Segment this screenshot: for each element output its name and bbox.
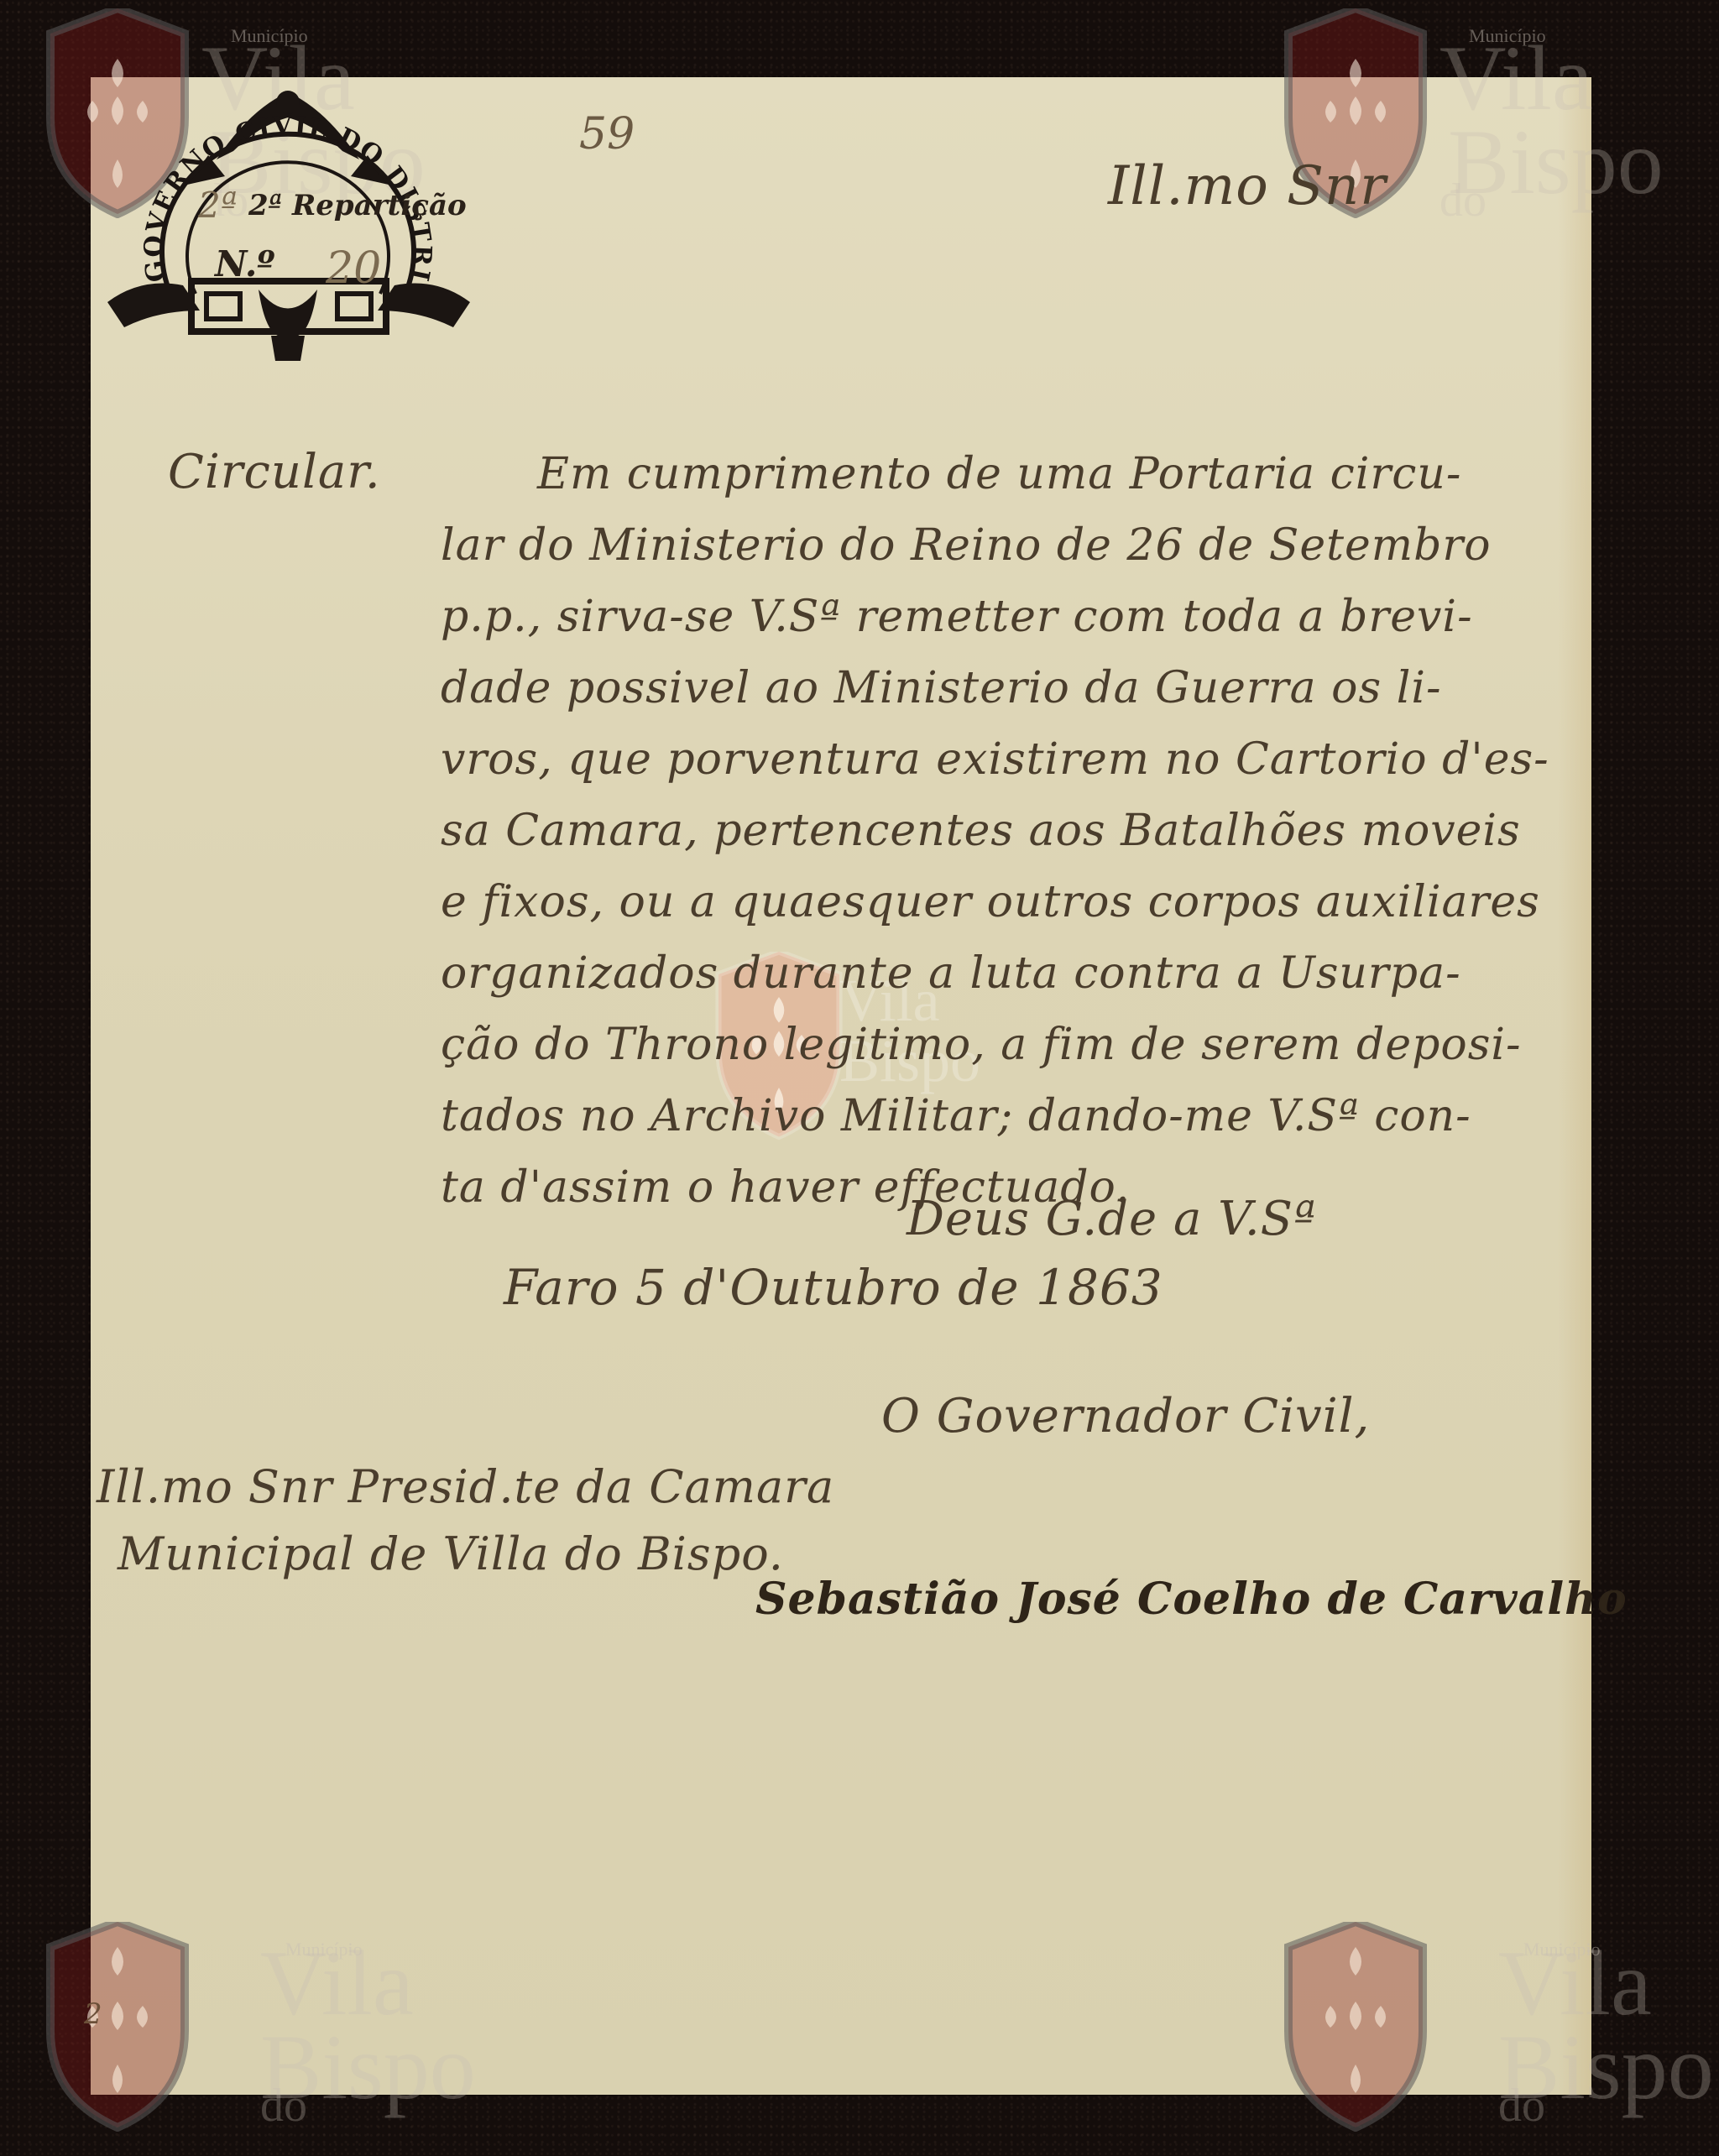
seal-section-number: 2ª [198,185,238,226]
corner-mark: 2 [84,1997,103,2031]
body-line: sa Camara, pertencentes aos Batalhões mo… [441,806,1521,856]
shield-icon [34,1922,201,2132]
body-line: Em cumprimento de uma Portaria circu- [537,449,1461,499]
body-line: ção do Throno legitimo, a fim de serem d… [441,1020,1522,1070]
signatory-title: O Governador Civil, [881,1389,1370,1443]
seal-ornament-icon: GOVERNO CIVIL DO DISTRICTO DE FARO [107,84,470,369]
addressee-line-2: Municipal de Villa do Bispo. [118,1527,784,1580]
margin-label-circular: Circular. [168,445,381,499]
folio-number: 59 [579,109,635,159]
body-line: dade possivel ao Ministerio da Guerra os… [441,663,1442,713]
seal-section-label: 2ª Repartição [248,189,467,222]
addressee-line-1: Ill.mo Snr Presid.te da Camara [97,1460,834,1513]
seal-number: 20 [326,243,381,294]
watermark-bottom-right: Município Vila do Bispo [1272,1922,1574,2156]
body-line: organizados durante a luta contra a Usur… [441,948,1461,999]
body-line: lar do Ministerio do Reino de 26 de Sete… [441,520,1492,571]
watermark-bottom-left: Município Vila do Bispo [34,1922,336,2156]
seal-number-prefix: N.º [215,243,274,285]
body-line: p.p., sirva-se V.Sª remetter com toda a … [441,592,1473,642]
place-and-date: Faro 5 d'Outubro de 1863 [504,1259,1163,1316]
closing-formula: Deus G.de a V.Sª [907,1192,1317,1246]
body-line: e fixos, ou a quaesquer outros corpos au… [441,877,1540,927]
salutation: Ill.mo Snr [1108,155,1387,217]
shield-icon [1272,1922,1439,2132]
body-line: vros, que porventura existirem no Cartor… [441,734,1549,785]
letterhead-seal: GOVERNO CIVIL DO DISTRICTO DE FARO 2ª 2ª… [107,84,470,369]
signature: Sebastião José Coelho de Carvalho [755,1574,1628,1625]
body-line: tados no Archivo Militar; dando-me V.Sª … [441,1091,1471,1141]
